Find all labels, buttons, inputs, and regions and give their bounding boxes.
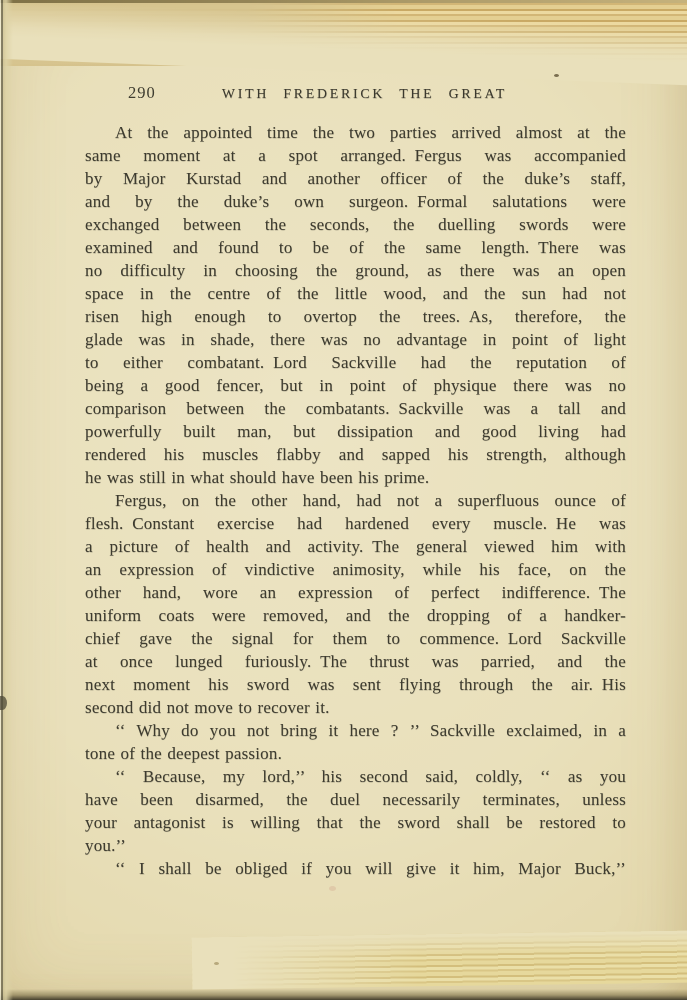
text-line: ‘‘ Why do you not bring it here ? ’’ Sac… — [85, 719, 626, 742]
text-line: examined and found to be of the same len… — [85, 236, 626, 259]
text-line: next moment his sword was sent flying th… — [85, 673, 626, 696]
text-line: ‘‘ I shall be obliged if you will give i… — [85, 857, 626, 880]
text-line: and by the duke’s own surgeon. Formal sa… — [85, 190, 626, 213]
text-line: At the appointed time the two parties ar… — [85, 121, 626, 144]
text-line: Fergus, on the other hand, had not a sup… — [85, 489, 626, 512]
text-line: a picture of health and activity. The ge… — [85, 535, 626, 558]
text-line: flesh. Constant exercise had hardened ev… — [85, 512, 626, 535]
text-line: have been disarmed, the duel necessarily… — [85, 788, 626, 811]
page-header: 290 WITH FREDERICK THE GREAT — [85, 83, 626, 105]
text-line: tone of the deepest passion. — [85, 742, 626, 765]
paragraph: Fergus, on the other hand, had not a sup… — [85, 489, 626, 719]
book-page: 290 WITH FREDERICK THE GREAT At the appo… — [0, 0, 687, 1000]
text-line: rendered his muscles flabby and sapped h… — [85, 443, 626, 466]
paragraph: ‘‘ Why do you not bring it here ? ’’ Sac… — [85, 719, 626, 765]
text-line: you.’’ — [85, 834, 626, 857]
text-line: at once lunged furiously. The thrust was… — [85, 650, 626, 673]
text-line: being a good fencer, but in point of phy… — [85, 374, 626, 397]
running-title: WITH FREDERICK THE GREAT — [94, 86, 635, 102]
text-line: second did not move to recover it. — [85, 696, 626, 719]
text-line: space in the centre of the little wood, … — [85, 282, 626, 305]
text-line: to either combatant. Lord Sackville had … — [85, 351, 626, 374]
page-top-edge-line — [0, 0, 687, 3]
paragraph: ‘‘ I shall be obliged if you will give i… — [85, 857, 626, 880]
text-line: comparison between the combatants. Sackv… — [85, 397, 626, 420]
text-line: other hand, wore an expression of perfec… — [85, 581, 626, 604]
paper-speck — [214, 962, 219, 965]
text-line: uniform coats were removed, and the drop… — [85, 604, 626, 627]
paper-speck — [554, 74, 559, 77]
text-line: powerfully built man, but dissipation an… — [85, 420, 626, 443]
text-line: same moment at a spot arranged. Fergus w… — [85, 144, 626, 167]
text-line: he was still in what should have been hi… — [85, 466, 626, 489]
paragraph: At the appointed time the two parties ar… — [85, 121, 626, 489]
page-bottom-edge-fade — [192, 930, 687, 989]
text-line: glade was in shade, there was no advanta… — [85, 328, 626, 351]
text-line: an expression of vindictive animosity, w… — [85, 558, 626, 581]
text-line: exchanged between the seconds, the duell… — [85, 213, 626, 236]
text-line: no difficulty in choosing the ground, as… — [85, 259, 626, 282]
page-bottom-edge — [192, 930, 687, 989]
page-left-edge — [0, 0, 13, 1000]
paragraph: ‘‘ Because, my lord,’’ his second said, … — [85, 765, 626, 857]
text-line: chief gave the signal for them to commen… — [85, 627, 626, 650]
page-text: At the appointed time the two parties ar… — [85, 121, 626, 880]
text-line: risen high enough to overtop the trees. … — [85, 305, 626, 328]
text-line: by Major Kurstad and another officer of … — [85, 167, 626, 190]
text-line: your antagonist is willing that the swor… — [85, 811, 626, 834]
page-bottom-shadow — [0, 989, 687, 1000]
paper-speck — [329, 886, 336, 891]
text-line: ‘‘ Because, my lord,’’ his second said, … — [85, 765, 626, 788]
